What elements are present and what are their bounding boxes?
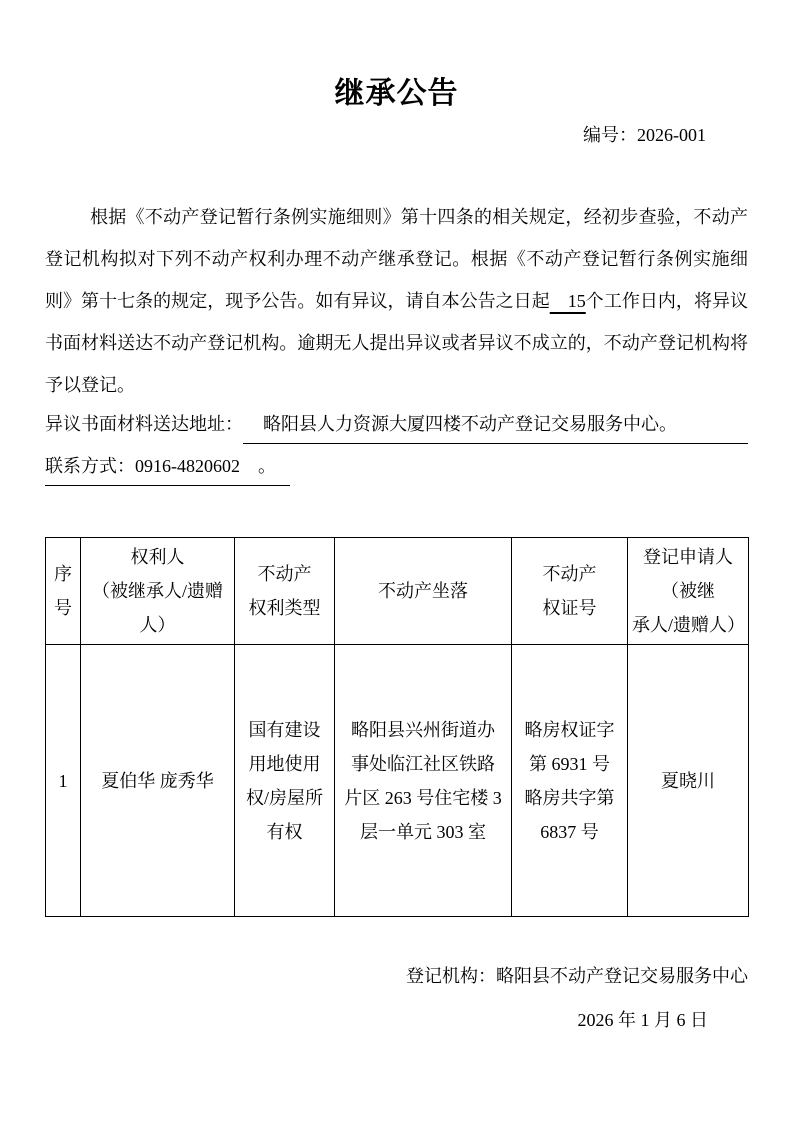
address-value: 略阳县人力资源大厦四楼不动产登记交易服务中心。 — [243, 406, 748, 444]
col-header-rights-holder: 权利人 （被继承人/遗赠 人） — [81, 538, 235, 645]
cell-location: 略阳县兴州街道办 事处临江社区铁路 片区 263 号住宅楼 3 层一单元 303… — [335, 645, 512, 917]
contact-value: 联系方式：0916-4820602 。 — [45, 448, 290, 486]
table-header-row: 序 号 权利人 （被继承人/遗赠 人） 不动产 权利类型 不动产坐落 不动产 权… — [46, 538, 749, 645]
registration-table: 序 号 权利人 （被继承人/遗赠 人） 不动产 权利类型 不动产坐落 不动产 权… — [45, 537, 749, 917]
col-header-right-type: 不动产 权利类型 — [235, 538, 335, 645]
registration-agency: 登记机构：略阳县不动产登记交易服务中心 — [45, 961, 748, 991]
col-header-applicant: 登记申请人（被继 承人/遗赠人） — [628, 538, 749, 645]
address-line: 异议书面材料送达地址： 略阳县人力资源大厦四楼不动产登记交易服务中心。 — [45, 406, 748, 448]
col-header-certificate-no: 不动产 权证号 — [512, 538, 628, 645]
cell-serial: 1 — [46, 645, 81, 917]
contact-line: 联系方式：0916-4820602 。 — [45, 448, 748, 490]
cell-applicant: 夏晓川 — [628, 645, 749, 917]
doc-number: 编号：2026-001 — [45, 120, 748, 150]
table-row: 1 夏伯华 庞秀华 国有建设 用地使用 权/房屋所 有权 略阳县兴州街道办 事处… — [46, 645, 749, 917]
announcement-date: 2026 年 1 月 6 日 — [45, 1005, 748, 1035]
notice-paragraph: 根据《不动产登记暂行条例实施细则》第十四条的相关规定，经初步查验，不动产登记机构… — [45, 196, 748, 406]
col-header-serial: 序 号 — [46, 538, 81, 645]
page-title: 继承公告 — [45, 0, 748, 112]
cell-certificate-no: 略房权证字 第 6931 号 略房共字第 6837 号 — [512, 645, 628, 917]
announcement-page: 继承公告 编号：2026-001 根据《不动产登记暂行条例实施细则》第十四条的相… — [0, 0, 793, 1122]
cell-right-type: 国有建设 用地使用 权/房屋所 有权 — [235, 645, 335, 917]
col-header-location: 不动产坐落 — [335, 538, 512, 645]
address-label: 异议书面材料送达地址： — [45, 406, 243, 443]
objection-days-value: 15 — [550, 291, 586, 311]
cell-rights-holder: 夏伯华 庞秀华 — [81, 645, 235, 917]
